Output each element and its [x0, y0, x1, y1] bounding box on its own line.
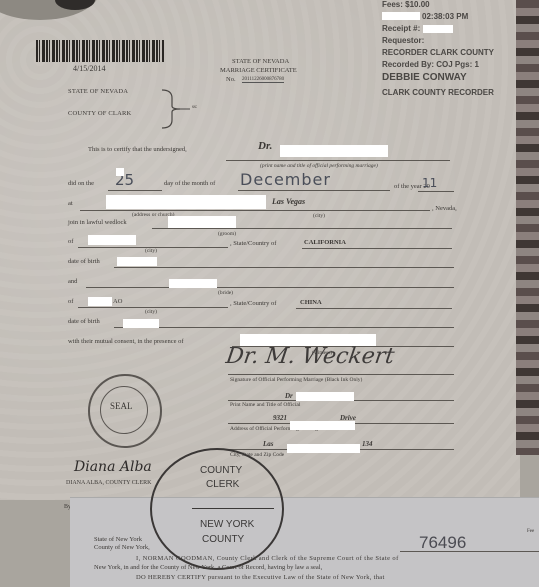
receipt-label: Receipt #: — [382, 24, 420, 33]
groom-caption: (groom) — [218, 231, 236, 237]
cert-no-label: No. — [226, 76, 236, 83]
bride-dob-label: date of birth — [68, 318, 100, 325]
redaction — [287, 444, 360, 453]
redaction — [123, 319, 159, 328]
did-on-the-label: did on the — [68, 180, 94, 187]
redaction — [290, 421, 355, 430]
bride-city-suffix: AO — [113, 298, 122, 305]
ny-paragraph-1: I, NORMAN GOODMAN, County Clerk and Cler… — [136, 555, 399, 562]
redaction — [168, 216, 236, 228]
city-caption: (city) — [313, 213, 325, 219]
county-line: COUNTY OF CLARK — [68, 110, 131, 117]
cert-title-state: STATE OF NEVADA — [232, 58, 289, 65]
redaction — [296, 392, 354, 401]
bride-of-label: of — [68, 298, 73, 305]
clerk-name-title: DIANA ALBA, COUNTY CLERK — [66, 480, 151, 486]
barcode-date: 4/15/2014 — [73, 64, 105, 73]
seal-label: SEAL — [110, 401, 133, 411]
redaction — [106, 195, 266, 209]
ny-certificate-number: 76496 — [419, 533, 466, 553]
stamp-line-3: NEW YORK — [200, 519, 254, 530]
groom-city-caption: (city) — [145, 248, 157, 254]
requestor-label: Requestor: — [382, 36, 424, 45]
requestor: RECORDER CLARK COUNTY — [382, 48, 494, 57]
officiant-city-prefix: Las — [263, 440, 274, 448]
groom-state: CALIFORNIA — [304, 239, 346, 246]
redaction — [280, 145, 388, 157]
year-value: 11 — [422, 176, 437, 190]
redaction — [382, 12, 420, 20]
ny-county: County of New York, — [94, 544, 150, 551]
bride-state-label: , State/Country of — [230, 300, 276, 307]
clerk-signature: Diana Alba — [74, 459, 152, 475]
month-value: December — [240, 170, 331, 189]
redaction — [116, 168, 124, 176]
fee-label: Fee — [527, 529, 534, 534]
record-time: 02:38:03 PM — [422, 12, 468, 21]
officiant-prefix: Dr. — [258, 140, 272, 152]
ny-paragraph-2: New York, in and for the County of New Y… — [94, 564, 322, 571]
redaction — [169, 279, 217, 288]
state-line: STATE OF NEVADA — [68, 88, 128, 95]
redaction — [88, 297, 112, 306]
decorative-border — [516, 0, 539, 455]
recorder-name: DEBBIE CONWAY — [382, 72, 467, 83]
bride-state: CHINA — [300, 299, 322, 306]
ss-mark: ss: — [192, 105, 197, 110]
ny-paragraph-3: DO HEREBY CERTIFY pursuant to the Execut… — [136, 574, 385, 581]
stamp-line-1: COUNTY — [200, 465, 242, 476]
stamp-line-4: COUNTY — [202, 534, 244, 545]
consent-text: with their mutual consent, in the presen… — [68, 338, 184, 345]
redaction — [88, 235, 136, 245]
ny-state: State of New York — [94, 536, 142, 544]
redaction — [423, 25, 453, 33]
printed-name-caption: Print Name and Title of Official — [230, 402, 300, 408]
day-of-month-label: day of the month of — [164, 180, 215, 187]
officiant-signature: Dr. M. Weckert — [224, 344, 396, 369]
bride-city-caption: (city) — [145, 309, 157, 315]
fees: Fees: $10.00 — [382, 0, 430, 9]
certify-text: This is to certify that the undersigned, — [88, 146, 187, 153]
recorded-by: Recorded By: COJ Pgs: 1 — [382, 60, 479, 69]
barcode — [36, 40, 164, 62]
groom-dob-label: date of birth — [68, 258, 100, 265]
cert-number: 20111226000876780 — [242, 77, 284, 83]
recorder-title: CLARK COUNTY RECORDER — [382, 88, 494, 97]
cert-title: MARRIAGE CERTIFICATE — [220, 67, 297, 74]
and-label: and — [68, 278, 77, 285]
join-text: join in lawful wedlock — [68, 219, 127, 226]
redaction — [117, 257, 157, 266]
printed-name-prefix: Dr — [285, 392, 293, 400]
officiant-city-suffix: 134 — [362, 440, 373, 448]
nevada-label: , Nevada, — [432, 205, 457, 212]
officiant-caption: (print name and title of official perfor… — [260, 163, 378, 169]
bride-caption: (bride) — [218, 290, 233, 296]
groom-of-label: of — [68, 238, 73, 245]
redaction — [240, 334, 376, 346]
at-label: at — [68, 200, 73, 207]
venue-suffix: Las Vegas — [272, 197, 305, 206]
stamp-line-2: CLERK — [206, 479, 239, 490]
signature-caption: Signature of Official Performing Marriag… — [230, 377, 362, 383]
officiant-address-prefix: 9321 — [273, 414, 287, 422]
groom-state-label: , State/Country of — [230, 240, 276, 247]
